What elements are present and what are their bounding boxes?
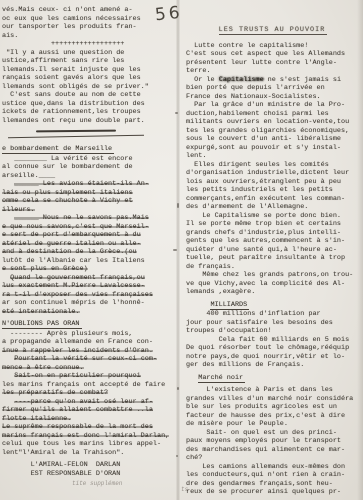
- text-line: les conducteurs,qui n'ont rien à crain-: [186, 471, 360, 480]
- text-line: ra t-il d'exposer des vies françaises: [2, 291, 180, 300]
- paragraph: Le Capitalisme se porte donc bien.Il se …: [186, 212, 360, 272]
- text-line: illeurs.: [2, 206, 180, 215]
- text-line: Il se porte même trop bien et certains: [186, 220, 360, 229]
- text-line: lent.: [186, 152, 360, 161]
- right-text-column: LES TRUSTS AU POUVOIR Lutte contre le ca…: [186, 26, 360, 497]
- text-line: grands chefs d'industrie,plus intelli-: [186, 229, 360, 238]
- text-line: des marchandises qui alimentent ce mar-: [186, 446, 360, 455]
- text-line: les petits industriels et les petits: [186, 186, 360, 195]
- text-line: des d'armement de l'Allemagne.: [186, 203, 360, 212]
- text-line: C'est sous cet aspect que les Allemands: [186, 50, 360, 59]
- text-line: France des Nationaux-Socialistes.: [186, 93, 360, 102]
- text-line: al connue sur le bombardement de: [2, 163, 180, 172]
- paragraph: -------- Après plusieurs mois,a propagan…: [2, 330, 180, 356]
- article-title: LES TRUSTS AU POUVOIR: [186, 26, 360, 35]
- text-line: grandes villes d'un marché noir considér…: [186, 395, 360, 404]
- text-line: reux de se procurer ainsi quelques pr-: [186, 488, 360, 497]
- faint-pencil-note: tite supplémen: [72, 480, 122, 487]
- text-line: duction,habilement choisi parmi les: [186, 110, 360, 119]
- text-line: Les camions allemands eux-mêmes don: [186, 463, 360, 472]
- left-text-column: vés.Mais ceux- ci n'ont amené a-oc eux q…: [2, 6, 180, 478]
- text-line: inue à rappeler les incidents d'Oran.: [2, 347, 180, 356]
- text-line: vés.Mais ceux- ci n'ont amené a-: [2, 6, 180, 15]
- text-line: oc eux que les camions nécessaires: [2, 15, 180, 24]
- text-line: jour pour satisfaire les besoins des: [186, 319, 360, 328]
- text-line: L'AMIRAL-FELON DARLAN: [2, 461, 180, 470]
- text-line: EST RESPONSABLE D'ORAN: [2, 470, 180, 479]
- text-line: lais ou plus simplement italiens: [2, 189, 180, 198]
- paragraph: ----parce qu'on avait osé leur af-firmer…: [2, 398, 180, 424]
- text-line: gents que les autres,commencent à s'in-: [186, 237, 360, 246]
- text-line: quiéter d'une santé qui,à l'heure ac-: [186, 246, 360, 255]
- text-line: militants ouvriers en location-vente,tou: [186, 118, 360, 127]
- paragraph: C'est sans doute au nom de cetteustice q…: [2, 91, 180, 125]
- text-line: De quoi résorber tout le chômage,rééquip: [186, 344, 360, 353]
- text-line: paux moyens employés pour le transport: [186, 437, 360, 446]
- text-line: -------- Après plusieurs mois,: [2, 330, 180, 339]
- paragraph: Sait- on quel est un des princi-paux moy…: [186, 429, 360, 463]
- text-line: llemandes ont reçu une double part.: [2, 117, 180, 126]
- text-line: LES TRUSTS AU POUVOIR: [186, 26, 360, 35]
- section-heading: Marché noir: [186, 374, 360, 383]
- text-line: our tansporter les produits fran-: [2, 23, 180, 32]
- text-line: ______ Nous ne le savons pas.Mais: [2, 214, 180, 223]
- text-line: ble sur les produits agricoles est un: [186, 403, 360, 412]
- text-line: a propagande allemande en France con-: [2, 338, 180, 347]
- text-line: Marché noir: [186, 374, 360, 383]
- paragraph: L'AMIRAL-FELON DARLAN EST RESPONSABLE D'…: [2, 461, 180, 478]
- paragraph: ++++++++++++++++++: [2, 40, 180, 49]
- text-line: d'organisation industrielle,dictent leur: [186, 169, 360, 178]
- text-line: Même chez les grands patrons,on trou-: [186, 271, 360, 280]
- text-line: terre.: [186, 67, 360, 76]
- text-line: les marins français ont accepté de faire: [2, 381, 180, 390]
- text-line: ++++++++++++++++++: [2, 40, 180, 49]
- text-line: notre pays,de quoi nourrir,vêtir et lo-: [186, 353, 360, 362]
- text-line: ustice,affirment sans rire les: [2, 57, 180, 66]
- text-line: Sait-on en particulier pourquoi: [2, 372, 180, 381]
- text-line: ________ La vérité est encore: [2, 155, 180, 164]
- text-line: de français.: [186, 263, 360, 272]
- paragraph: Les camions allemands eux-mêmes donles c…: [186, 463, 360, 497]
- section-heading: N'OUBLIONS PAS ORAN: [2, 320, 180, 329]
- text-line: lus exactement M.Pierre Lavalcesse-: [2, 282, 180, 291]
- text-line: ger des millions de Français.: [186, 361, 360, 370]
- paragraph: ______ Nous ne le savons pas.Maise que n…: [2, 214, 180, 274]
- text-line: dre des gendarmes français,sont heu-: [186, 480, 360, 489]
- paragraph: Même chez les grands patrons,on trou-ve …: [186, 271, 360, 297]
- paragraph: Sait-on en particulier pourquoiles marin…: [2, 372, 180, 398]
- text-line: e sert de port d'embarquement à du: [2, 231, 180, 240]
- text-line: ----parce qu'on avait osé leur af-: [2, 398, 180, 407]
- text-line: e bombardement de Marseille: [2, 145, 180, 154]
- text-line: facteur de hausse des prix,c'est à dire: [186, 412, 360, 421]
- paragraph: Or le Capitalisme ne s'est jamais sibien…: [186, 76, 360, 102]
- text-line: flotte italienne.: [2, 415, 180, 424]
- text-line: expurgé,sont au pouvoir et s'y instal-: [186, 144, 360, 153]
- paragraph: Par la grâce d'un ministre de la Pro-duc…: [186, 101, 360, 161]
- section-heading: e bombardement de Marseille: [2, 145, 180, 154]
- text-line: L'existence à Paris et dans les: [186, 386, 360, 395]
- text-line: llemands.Il serait injuste que les: [2, 66, 180, 75]
- paragraph: Pourtant la vérité sur ceux-ci com-mence…: [2, 355, 180, 372]
- hand-drawn-rule: [8, 135, 144, 139]
- text-line: Elles dirigent seules les comités: [186, 161, 360, 170]
- text-line: 400 millions d'inflation par: [186, 310, 360, 319]
- text-line: bien porté que depuis l'arrivée en: [186, 84, 360, 93]
- text-line: and à destination de la Grèce.(ou: [2, 248, 180, 257]
- text-line: Le suprême responsable de la mort des: [2, 423, 180, 432]
- text-line: "Il y a aussi une question de: [2, 49, 180, 58]
- paragraph: vés.Mais ceux- ci n'ont amené a-oc eux q…: [2, 6, 180, 40]
- faint-pencil-note-fragment: ts: [181, 486, 188, 493]
- text-line: présentent leur lutte contre l'Angle-: [186, 59, 360, 68]
- text-line: MILLIARDS: [186, 301, 360, 310]
- text-line: Quand le gouvernement français,ou: [2, 274, 180, 283]
- text-line: Sait- on quel est un des princi-: [186, 429, 360, 438]
- text-line: commerçants,enfin exécutent les comman-: [186, 195, 360, 204]
- text-line: sous le couvert d'un anti- libéralisme: [186, 135, 360, 144]
- text-line: ve que Vichy,avec la complicité des Al-: [186, 280, 360, 289]
- text-line: Par la grâce d'un ministre de la Pro-: [186, 101, 360, 110]
- text-line: e que nous savons,c'est que Marseil-: [2, 223, 180, 232]
- paragraph: Le suprême responsable de la mort desmar…: [2, 423, 180, 457]
- text-line: Pourtant la vérité sur ceux-ci com-: [2, 355, 180, 364]
- text-line: marins français est donc l'amiral Darlan…: [2, 432, 180, 441]
- text-line: llemands sont obligés de se priver.": [2, 83, 180, 92]
- text-line: Le Capitalisme se porte donc bien.: [186, 212, 360, 221]
- text-line: celui que tous les marins libres appel-: [2, 440, 180, 449]
- text-line: atériel de guerre italien ou alle-: [2, 240, 180, 249]
- paragraph: L'existence à Paris et dans lesgrandes v…: [186, 386, 360, 429]
- scanned-newspaper-page: 56 vés.Mais ceux- ci n'ont amené a-oc eu…: [0, 0, 363, 500]
- text-line: ickets de rationnement,les troupes: [2, 108, 180, 117]
- text-line: ché?: [186, 454, 360, 463]
- text-line: ______ Les avions étaient-ils An-: [2, 180, 180, 189]
- text-line: Or le Capitalisme ne s'est jamais si: [186, 76, 360, 85]
- text-line: les préparatifs de combat?: [2, 389, 180, 398]
- paragraph: Elles dirigent seules les comitésd'organ…: [186, 161, 360, 212]
- text-line: eté internationale.: [2, 308, 180, 317]
- text-line: N'OUBLIONS PAS ORAN: [2, 320, 180, 329]
- text-line: lutôt de l'Albanie car les Italiens: [2, 257, 180, 266]
- paragraph: "Il y a aussi une question deustice,affi…: [2, 49, 180, 92]
- text-line: Cela fait 60 milliards en 5 mois: [186, 336, 360, 345]
- text-line: lent"l'Amiral de la Trahison".: [2, 449, 180, 458]
- paragraph: 400 millions d'inflation parjour pour sa…: [186, 310, 360, 336]
- text-line: omme cela se chuchote à Vichy et: [2, 197, 180, 206]
- text-line: troupes d'occupation!: [186, 327, 360, 336]
- paragraph: ______ Les avions étaient-ils An-lais ou…: [2, 180, 180, 214]
- text-line: tes les grandes oligarchies économiques,: [186, 127, 360, 136]
- text-line: tuelle, peut paraître insultante à trop: [186, 254, 360, 263]
- text-line: lois aux ouvriers,étranglent peu à peu: [186, 178, 360, 187]
- paragraph: Quand le gouvernement français,oulus exa…: [2, 274, 180, 317]
- paragraph: Cela fait 60 milliards en 5 moisDe quoi …: [186, 336, 360, 370]
- text-line: rançais soient gavés alors que les: [2, 74, 180, 83]
- hand-drawn-rule-group: [2, 130, 180, 141]
- text-line: ustice que,dans la distribution des: [2, 100, 180, 109]
- text-line: arseille.____: [2, 172, 180, 181]
- text-line: Lutte contre le capitalisme!: [186, 42, 360, 51]
- text-line: de misère pour le Peuple.: [186, 420, 360, 429]
- text-line: mence à être connue.: [2, 364, 180, 373]
- ink-smudge: Capitalisme: [219, 76, 264, 84]
- text-line: firmer qu'ils allaient combattre ..la: [2, 406, 180, 415]
- text-line: e sont plus en Grèce): [2, 265, 180, 274]
- paragraph: ________ La vérité est encoreal connue s…: [2, 155, 180, 181]
- text-line: ais.: [2, 32, 180, 41]
- text-line: C'est sans doute au nom de cette: [2, 91, 180, 100]
- section-heading: MILLIARDS: [186, 301, 360, 310]
- text-line: ar son continuel mépris de l'honnê-: [2, 299, 180, 308]
- paragraph: Lutte contre le capitalisme!C'est sous c…: [186, 42, 360, 76]
- text-line: lemands ,exagère.: [186, 288, 360, 297]
- hand-drawn-rule: [36, 130, 116, 133]
